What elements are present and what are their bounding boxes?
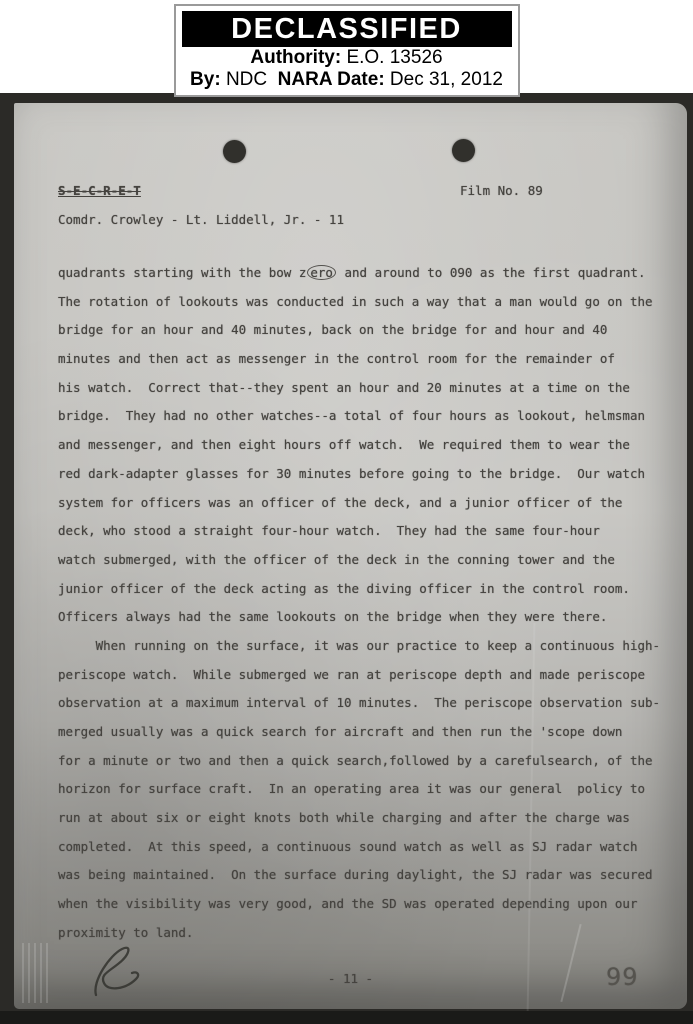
document-text-line: run at about six or eight knots both whi… [58, 804, 669, 833]
authority-label: Authority: [250, 47, 341, 68]
page-number: - 11 - [14, 971, 687, 986]
document-text-line: merged usually was a quick search for ai… [58, 718, 669, 747]
document-text-line: when the visibility was very good, and t… [58, 890, 669, 919]
document-page: S-E-C-R-E-T Film No. 89 Comdr. Crowley -… [14, 103, 687, 1009]
nara-date-label: NARA Date: [278, 69, 385, 90]
document-text-line: system for officers was an officer of th… [58, 489, 669, 518]
document-text-line: junior officer of the deck acting as the… [58, 575, 669, 604]
document-text-line: and messenger, and then eight hours off … [58, 431, 669, 460]
by-value: NDC [226, 69, 267, 90]
document-text-line: Officers always had the same lookouts on… [58, 603, 669, 632]
document-text-line: minutes and then act as messenger in the… [58, 345, 669, 374]
scan-background: S-E-C-R-E-T Film No. 89 Comdr. Crowley -… [0, 93, 693, 1024]
punch-hole-left [223, 140, 246, 163]
scan-bottom-edge [0, 1011, 693, 1024]
authority-value: E.O. 13526 [346, 47, 442, 68]
by-label: By: [190, 69, 221, 90]
classification-marking: S-E-C-R-E-T [58, 183, 141, 198]
document-text-line: quadrants starting with the bow zero and… [58, 259, 669, 288]
document-body: quadrants starting with the bow zero and… [58, 259, 669, 948]
document-text-line: bridge. They had no other watches--a tot… [58, 402, 669, 431]
text-segment: quadrants starting with the bow z [58, 265, 306, 280]
nara-date-value: Dec 31, 2012 [390, 69, 503, 90]
document-text-line: The rotation of lookouts was conducted i… [58, 288, 669, 317]
document-text-line: periscope watch. While submerged we ran … [58, 661, 669, 690]
document-text-line: red dark-adapter glasses for 30 minutes … [58, 460, 669, 489]
document-text-line: for a minute or two and then a quick sea… [58, 747, 669, 776]
attribution-line: Comdr. Crowley - Lt. Liddell, Jr. - 11 [58, 212, 344, 227]
punch-hole-right [452, 139, 475, 162]
document-text-line: horizon for surface craft. In an operati… [58, 775, 669, 804]
document-text-line: When running on the surface, it was our … [58, 632, 669, 661]
film-number: Film No. 89 [460, 183, 543, 198]
by-nara-line: By: NDC NARA Date: Dec 31, 2012 [182, 69, 512, 91]
document-text-line: his watch. Correct that--they spent an h… [58, 374, 669, 403]
document-text-line: completed. At this speed, a continuous s… [58, 833, 669, 862]
document-text-line: bridge for an hour and 40 minutes, back … [58, 316, 669, 345]
document-text-line: deck, who stood a straight four-hour wat… [58, 517, 669, 546]
document-text-line: watch submerged, with the officer of the… [58, 546, 669, 575]
circled-correction: ero [307, 265, 336, 280]
frame-number-stamp: 99 [606, 963, 639, 991]
text-segment: and around to 090 as the first quadrant. [337, 265, 646, 280]
document-text-line: was being maintained. On the surface dur… [58, 861, 669, 890]
authority-line: Authority: E.O. 13526 [182, 47, 512, 69]
declassified-title: DECLASSIFIED [182, 11, 512, 47]
document-text-line: observation at a maximum interval of 10 … [58, 689, 669, 718]
paper-edge-wear [22, 943, 48, 1003]
declassified-banner: DECLASSIFIED Authority: E.O. 13526 By: N… [174, 4, 520, 97]
